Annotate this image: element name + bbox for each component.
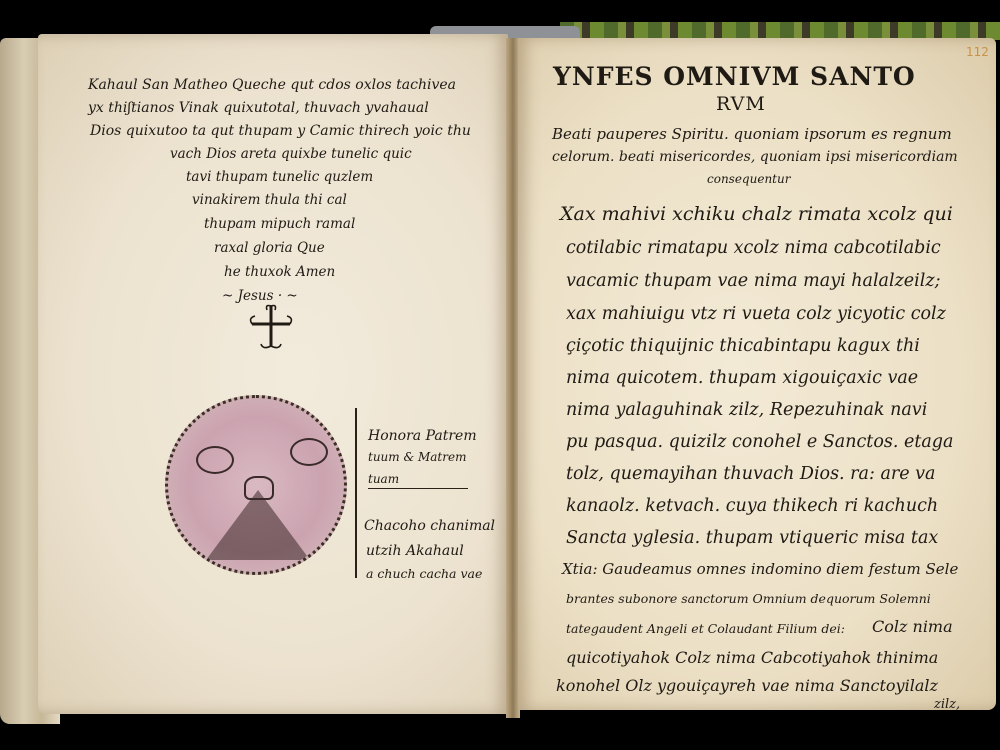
left-line: yx thiʃtianos Vinak quixutotal, thuvach … bbox=[88, 101, 429, 115]
body-line: zilz, bbox=[934, 697, 960, 712]
left-line: vinakirem thula thi cal bbox=[192, 194, 347, 208]
latin-line: celorum. beati misericordes, quoniam ips… bbox=[552, 149, 958, 165]
body-line: xax mahiuigu vtz ri vueta colz yicyotic … bbox=[566, 304, 946, 324]
body-line: kanaolz. ketvach. cuya thikech ri kachuc… bbox=[566, 496, 938, 516]
body-line: Xtia: Gaudeamus omnes indomino diem fest… bbox=[562, 560, 958, 578]
left-line: vach Dios areta quixbe tunelic quic bbox=[170, 148, 412, 162]
side-note-line: utzih Akahaul bbox=[366, 543, 464, 559]
latin-line: brantes subonore sanctorum Omnium dequor… bbox=[566, 591, 931, 606]
body-line: çiçotic thiquijnic thicabintapu kagux th… bbox=[566, 336, 920, 356]
side-note-line: tuum & Matrem bbox=[368, 450, 466, 464]
body-line: cotilabic rimatapu xcolz nima cabcotilab… bbox=[566, 238, 941, 258]
latin-line: consequentur bbox=[707, 172, 790, 186]
side-note-line: tuam bbox=[368, 472, 399, 486]
folio-number: 112 bbox=[966, 45, 989, 59]
body-line: vacamic thupam vae nima mayi halalzeilz; bbox=[566, 271, 940, 291]
triangle-motif-icon bbox=[206, 490, 310, 560]
left-line: he thuxok Amen bbox=[224, 266, 335, 280]
cross-ornament-icon bbox=[246, 302, 296, 352]
divider-rule bbox=[368, 488, 468, 489]
left-line: tavi thupam tunelic quzlem bbox=[186, 171, 373, 185]
left-line: Dios quixutoo ta qut thupam y Camic thir… bbox=[90, 124, 471, 138]
body-line: nima yalaguhinak zilz, Repezuhinak navi bbox=[566, 400, 927, 420]
page-title-continued: RVM bbox=[716, 93, 766, 115]
body-line: Sancta yglesia. thupam vtiqueric misa ta… bbox=[566, 528, 938, 548]
side-note-line: Chacoho chanimal bbox=[364, 518, 495, 534]
body-line: konohel Olz ygouiçayreh vae nima Sanctoy… bbox=[556, 676, 938, 695]
body-line: Xax mahivi xchiku chalz rimata xcolz qui bbox=[560, 203, 953, 225]
face-eye-icon bbox=[196, 446, 234, 474]
margin-bracket bbox=[355, 408, 365, 578]
page-title: YNFES OMNIVM SANTO bbox=[553, 62, 916, 91]
medallion-illustration bbox=[165, 395, 347, 575]
body-line: nima quicotem. thupam xigouiçaxic vae bbox=[566, 368, 918, 388]
latin-line: tategaudent Angeli et Colaudant Filium d… bbox=[566, 621, 845, 636]
left-line: raxal gloria Que bbox=[214, 242, 325, 256]
side-note-line: a chuch cacha vae bbox=[366, 566, 482, 581]
open-manuscript-book: Kahaul San Matheo Queche qut cdos oxlos … bbox=[0, 0, 1000, 750]
body-line: pu pasqua. quizilz conohel e Sanctos. et… bbox=[566, 432, 953, 452]
body-line: quicotiyahok Colz nima Cabcotiyahok thin… bbox=[566, 648, 938, 667]
latin-line: Beati pauperes Spiritu. quoniam ipsorum … bbox=[552, 125, 952, 143]
side-note-line: Honora Patrem bbox=[368, 428, 477, 444]
body-line: Colz nima bbox=[872, 617, 953, 636]
left-line: Kahaul San Matheo Queche qut cdos oxlos … bbox=[88, 78, 456, 92]
face-eye-icon bbox=[290, 438, 328, 466]
house-motif-icon bbox=[244, 476, 274, 500]
body-line: tolz, quemayihan thuvach Dios. ra: are v… bbox=[566, 464, 935, 484]
left-line: thupam mipuch ramal bbox=[204, 218, 355, 232]
